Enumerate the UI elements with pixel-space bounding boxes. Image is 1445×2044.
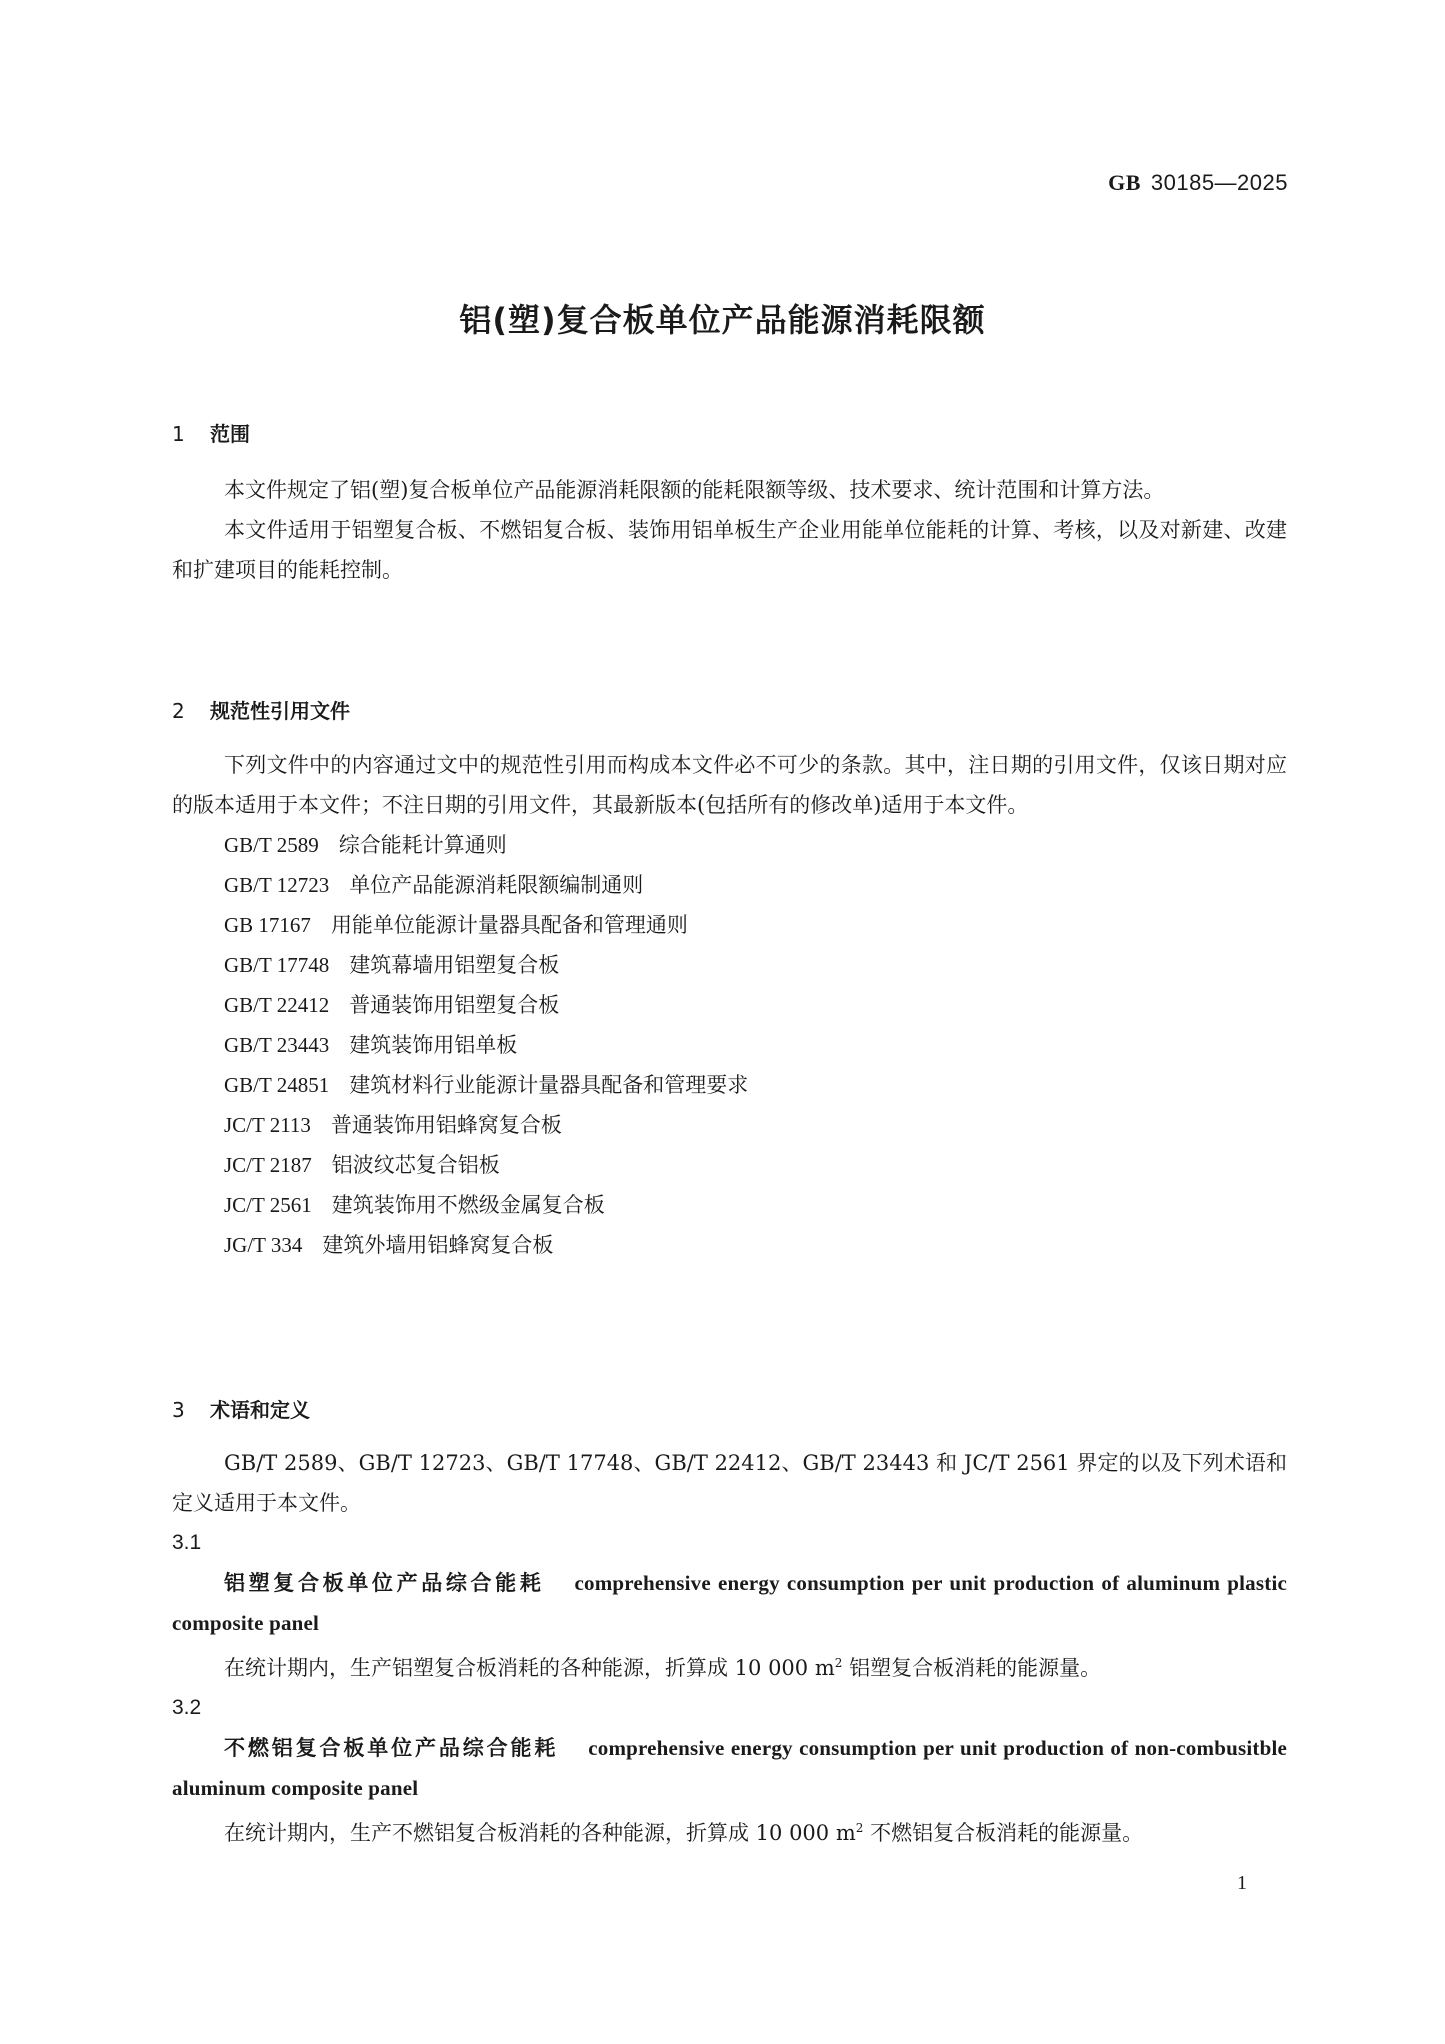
references-body: 下列文件中的内容通过文中的规范性引用而构成本文件必不可少的条款。其中，注日期的引… bbox=[172, 745, 1287, 1265]
clause-number: 3.1 bbox=[172, 1523, 1287, 1563]
section-heading: 2规范性引用文件 bbox=[172, 695, 1287, 724]
reference-item: GB/T 24851建筑材料行业能源计量器具配备和管理要求 bbox=[172, 1065, 1287, 1105]
section-scope: 1范围 bbox=[172, 418, 1287, 447]
term-zh: 不燃铝复合板单位产品综合能耗 bbox=[224, 1736, 558, 1760]
document-title: 铝(塑)复合板单位产品能源消耗限额 bbox=[0, 295, 1445, 341]
reference-item: GB 17167用能单位能源计量器具配备和管理通则 bbox=[172, 905, 1287, 945]
reference-item: JG/T 334建筑外墙用铝蜂窝复合板 bbox=[172, 1225, 1287, 1265]
section-heading: 3术语和定义 bbox=[172, 1394, 1287, 1423]
term-zh: 铝塑复合板单位产品综合能耗 bbox=[224, 1571, 544, 1595]
reference-item: GB/T 12723单位产品能源消耗限额编制通则 bbox=[172, 865, 1287, 905]
term-definition: 在统计期内，生产不燃铝复合板消耗的各种能源，折算成 10 000 m2 不燃铝复… bbox=[172, 1808, 1287, 1853]
paragraph: 本文件规定了铝(塑)复合板单位产品能源消耗限额的能耗限额等级、技术要求、统计范围… bbox=[172, 470, 1287, 510]
standard-number: 30185—2025 bbox=[1151, 170, 1288, 195]
reference-item: GB/T 17748建筑幕墙用铝塑复合板 bbox=[172, 945, 1287, 985]
reference-item: GB/T 23443建筑装饰用铝单板 bbox=[172, 1025, 1287, 1065]
reference-item: JC/T 2561建筑装饰用不燃级金属复合板 bbox=[172, 1185, 1287, 1225]
paragraph: 本文件适用于铝塑复合板、不燃铝复合板、装饰用铝单板生产企业用能单位能耗的计算、考… bbox=[172, 510, 1287, 590]
standard-prefix: GB bbox=[1108, 170, 1141, 195]
term-definition: 在统计期内，生产铝塑复合板消耗的各种能源，折算成 10 000 m2 铝塑复合板… bbox=[172, 1643, 1287, 1688]
reference-item: JC/T 2187铝波纹芯复合铝板 bbox=[172, 1145, 1287, 1185]
section-normative-references: 2规范性引用文件 bbox=[172, 695, 1287, 724]
term-entry: 铝塑复合板单位产品综合能耗comprehensive energy consum… bbox=[172, 1563, 1287, 1643]
paragraph: 下列文件中的内容通过文中的规范性引用而构成本文件必不可少的条款。其中，注日期的引… bbox=[172, 745, 1287, 825]
reference-item: JC/T 2113普通装饰用铝蜂窝复合板 bbox=[172, 1105, 1287, 1145]
standard-code: GB30185—2025 bbox=[1108, 170, 1288, 196]
section-terms-definitions: 3术语和定义 bbox=[172, 1394, 1287, 1423]
reference-item: GB/T 2589综合能耗计算通则 bbox=[172, 825, 1287, 865]
page-number: 1 bbox=[1237, 1872, 1247, 1895]
reference-item: GB/T 22412普通装饰用铝塑复合板 bbox=[172, 985, 1287, 1025]
scope-paragraphs: 本文件规定了铝(塑)复合板单位产品能源消耗限额的能耗限额等级、技术要求、统计范围… bbox=[172, 470, 1287, 590]
reference-list: GB/T 2589综合能耗计算通则 GB/T 12723单位产品能源消耗限额编制… bbox=[172, 825, 1287, 1265]
paragraph: GB/T 2589、GB/T 12723、GB/T 17748、GB/T 224… bbox=[172, 1443, 1287, 1523]
section-heading: 1范围 bbox=[172, 418, 1287, 447]
terms-body: GB/T 2589、GB/T 12723、GB/T 17748、GB/T 224… bbox=[172, 1443, 1287, 1853]
clause-number: 3.2 bbox=[172, 1688, 1287, 1728]
term-entry: 不燃铝复合板单位产品综合能耗comprehensive energy consu… bbox=[172, 1728, 1287, 1808]
